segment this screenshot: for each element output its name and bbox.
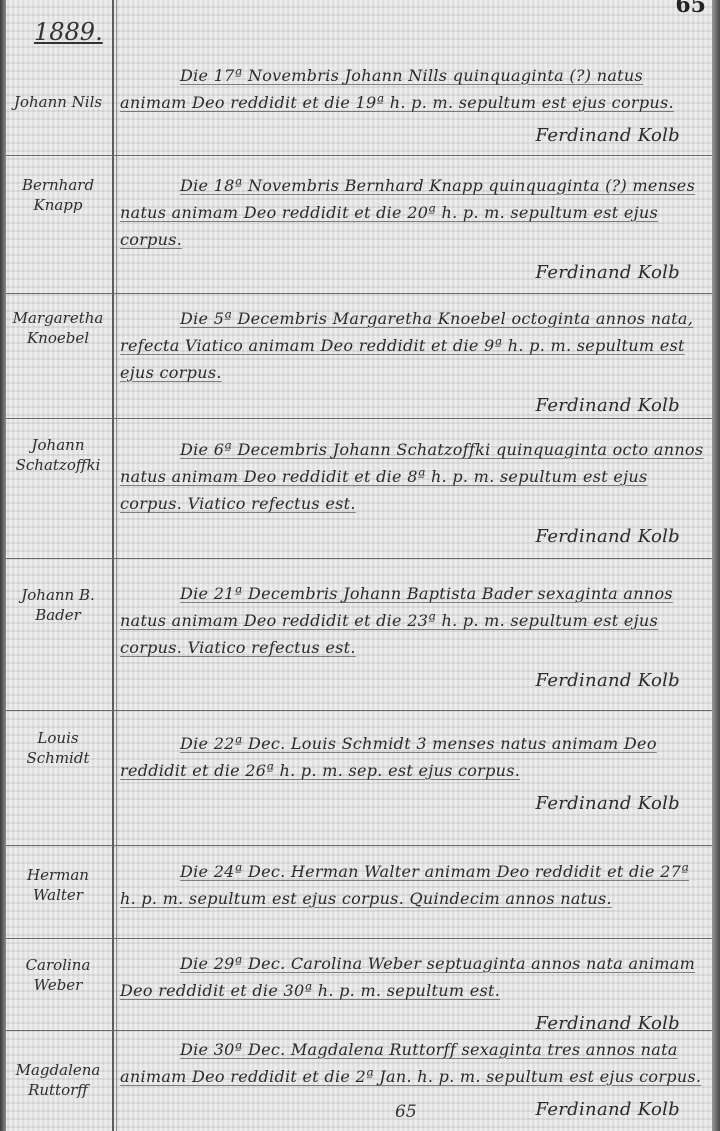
entry-text: Die 5ª Decembris Margaretha Knoebel octo…	[120, 305, 710, 386]
entry-signature: Ferdinand Kolb	[120, 392, 710, 419]
entry-margin-name: Carolina Weber	[6, 955, 110, 996]
entry-text: Die 6ª Decembris Johann Schatzoffki quin…	[120, 436, 710, 517]
entry-margin-name: Johann Nils	[6, 92, 110, 112]
register-entry: Die 29ª Dec. Carolina Weber septuaginta …	[120, 950, 710, 1037]
entry-text: Die 18ª Novembris Bernhard Knapp quinqua…	[120, 172, 710, 253]
entry-margin-name: Johann Schatzoffki	[6, 435, 110, 476]
page-number: 65	[675, 0, 706, 18]
entry-text: Die 24ª Dec. Herman Walter animam Deo re…	[120, 858, 710, 912]
entry-divider	[6, 938, 712, 939]
register-year: 1889.	[34, 18, 103, 46]
entry-divider	[6, 418, 712, 419]
margin-rule	[112, 0, 114, 1131]
entry-margin-name: Magdalena Ruttorff	[6, 1060, 110, 1101]
entry-divider	[6, 1030, 712, 1031]
register-entry: Die 22ª Dec. Louis Schmidt 3 menses natu…	[120, 730, 710, 817]
entry-margin-name: Margaretha Knoebel	[6, 308, 110, 349]
register-entry: Die 5ª Decembris Margaretha Knoebel octo…	[120, 305, 710, 419]
register-entry: Die 24ª Dec. Herman Walter animam Deo re…	[120, 858, 710, 912]
entry-signature: Ferdinand Kolb	[120, 667, 710, 694]
entry-divider	[6, 293, 712, 294]
entry-margin-name: Johann B. Bader	[6, 585, 110, 626]
entry-divider	[6, 155, 712, 156]
entry-text: Die 30ª Dec. Magdalena Ruttorff sexagint…	[120, 1036, 710, 1090]
entry-signature: Ferdinand Kolb	[120, 523, 710, 550]
entry-margin-name: Louis Schmidt	[6, 728, 110, 769]
entry-divider	[6, 558, 712, 559]
entry-divider	[6, 710, 712, 711]
register-entry: Die 21ª Decembris Johann Baptista Bader …	[120, 580, 710, 694]
entry-text: Die 22ª Dec. Louis Schmidt 3 menses natu…	[120, 730, 710, 784]
register-entry: Die 6ª Decembris Johann Schatzoffki quin…	[120, 436, 710, 550]
entry-text: Die 21ª Decembris Johann Baptista Bader …	[120, 580, 710, 661]
entry-text: Die 29ª Dec. Carolina Weber septuaginta …	[120, 950, 710, 1004]
register-page: 65 1889. Johann Nils Die 17ª Novembris J…	[0, 0, 720, 1131]
entry-margin-name: Herman Walter	[6, 865, 110, 906]
binding-edge-right	[712, 0, 720, 1131]
entry-text: Die 17ª Novembris Johann Nills quinquagi…	[120, 62, 710, 116]
entry-margin-name: Bernhard Knapp	[6, 175, 110, 216]
footer-page-number: 65	[395, 1102, 417, 1122]
register-entry: Die 18ª Novembris Bernhard Knapp quinqua…	[120, 172, 710, 286]
entry-signature: Ferdinand Kolb	[120, 1010, 710, 1037]
entry-signature: Ferdinand Kolb	[120, 790, 710, 817]
entry-signature: Ferdinand Kolb	[120, 122, 710, 149]
register-entry: Die 17ª Novembris Johann Nills quinquagi…	[120, 62, 710, 149]
entry-signature: Ferdinand Kolb	[120, 259, 710, 286]
entry-divider	[6, 845, 712, 846]
margin-rule-inner	[116, 0, 117, 1131]
